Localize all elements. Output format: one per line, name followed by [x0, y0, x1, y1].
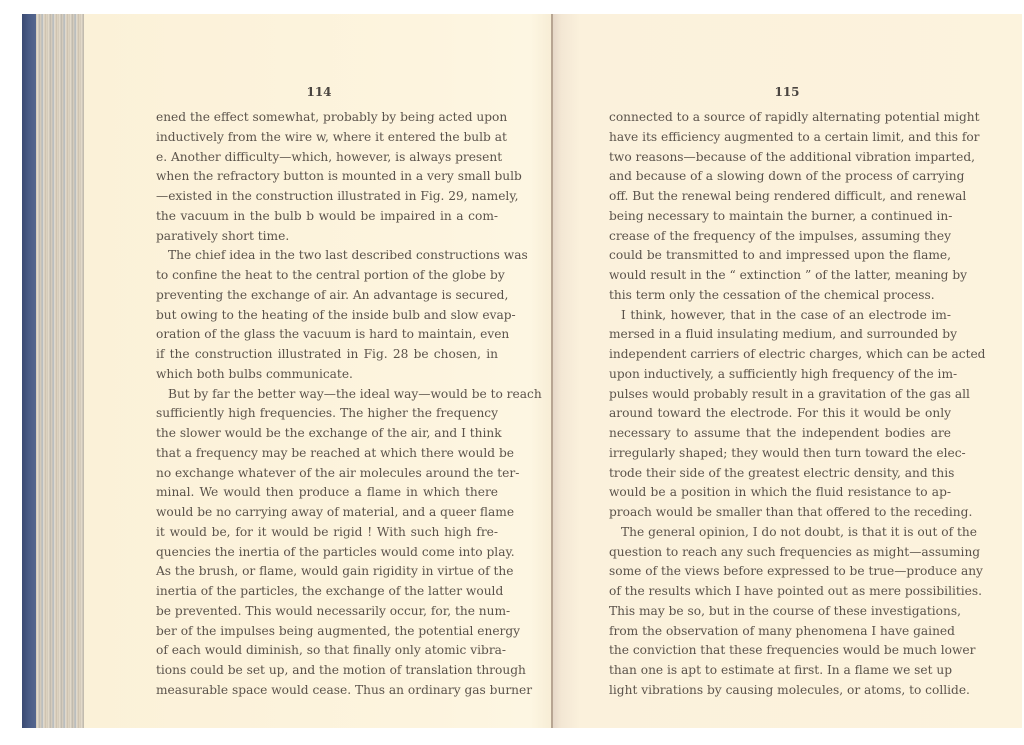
- text-line: would result in the “ extinction ” of th…: [609, 266, 951, 286]
- text-line: quencies the inertia of the particles wo…: [156, 543, 498, 563]
- text-line: light vibrations by causing molecules, o…: [609, 681, 951, 701]
- text-line: preventing the exchange of air. An advan…: [156, 286, 498, 306]
- text-line: connected to a source of rapidly alterna…: [609, 108, 951, 128]
- text-line: and because of a slowing down of the pro…: [609, 167, 951, 187]
- text-line: crease of the frequency of the impulses,…: [609, 227, 951, 247]
- text-line: independent carriers of electric charges…: [609, 345, 951, 365]
- text-line: the slower would be the exchange of the …: [156, 424, 498, 444]
- text-line: minal. We would then produce a flame in …: [156, 483, 498, 503]
- book-gutter: [551, 14, 553, 728]
- text-line: it would be, for it would be rigid ! Wit…: [156, 523, 498, 543]
- text-line: off. But the renewal being rendered diff…: [609, 187, 951, 207]
- text-line: to confine the heat to the central porti…: [156, 266, 498, 286]
- text-line: of each would diminish, so that finally …: [156, 641, 498, 661]
- text-line: the conviction that these frequencies wo…: [609, 641, 951, 661]
- open-book: 114 ened the effect somewhat, probably b…: [22, 14, 1022, 728]
- text-line: —existed in the construction illustrated…: [156, 187, 498, 207]
- page-edges: [36, 14, 84, 728]
- text-line: this term only the cessation of the chem…: [609, 286, 951, 306]
- text-line: I think, however, that in the case of an…: [609, 306, 951, 326]
- text-line: This may be so, but in the course of the…: [609, 602, 951, 622]
- text-line: irregularly shaped; they would then turn…: [609, 444, 951, 464]
- page-number-left: 114: [84, 85, 554, 99]
- text-line: if the construction illustrated in Fig. …: [156, 345, 498, 365]
- text-line: The general opinion, I do not doubt, is …: [609, 523, 951, 543]
- text-line: pulses would probably result in a gravit…: [609, 385, 951, 405]
- text-line: inertia of the particles, the exchange o…: [156, 582, 498, 602]
- text-line: of the results which I have pointed out …: [609, 582, 951, 602]
- text-line: oration of the glass the vacuum is hard …: [156, 325, 498, 345]
- text-line: than one is apt to estimate at first. In…: [609, 661, 951, 681]
- right-page: 115 connected to a source of rapidly alt…: [552, 14, 1022, 728]
- text-line: have its efficiency augmented to a certa…: [609, 128, 951, 148]
- left-page: 114 ened the effect somewhat, probably b…: [84, 14, 554, 728]
- text-line: would be a position in which the fluid r…: [609, 483, 951, 503]
- text-line: measurable space would cease. Thus an or…: [156, 681, 498, 701]
- text-line: being necessary to maintain the burner, …: [609, 207, 951, 227]
- text-line: The chief idea in the two last described…: [156, 246, 498, 266]
- text-line: when the refractory button is mounted in…: [156, 167, 498, 187]
- text-line: As the brush, or flame, would gain rigid…: [156, 562, 498, 582]
- text-line: mersed in a fluid insulating medium, and…: [609, 325, 951, 345]
- text-line: ber of the impulses being augmented, the…: [156, 622, 498, 642]
- text-line: some of the views before expressed to be…: [609, 562, 951, 582]
- text-line: but owing to the heating of the inside b…: [156, 306, 498, 326]
- text-line: ened the effect somewhat, probably by be…: [156, 108, 498, 128]
- book-binding: [22, 14, 36, 728]
- text-line: upon inductively, a sufficiently high fr…: [609, 365, 951, 385]
- text-line: inductively from the wire w, where it en…: [156, 128, 498, 148]
- text-line: around toward the electrode. For this it…: [609, 404, 951, 424]
- text-line: e. Another difficulty—which, however, is…: [156, 148, 498, 168]
- text-line: question to reach any such frequencies a…: [609, 543, 951, 563]
- text-line: proach would be smaller than that offere…: [609, 503, 951, 523]
- text-line: would be no carrying away of material, a…: [156, 503, 498, 523]
- text-line: be prevented. This would necessarily occ…: [156, 602, 498, 622]
- right-page-text: connected to a source of rapidly alterna…: [609, 108, 951, 701]
- text-line: tions could be set up, and the motion of…: [156, 661, 498, 681]
- text-line: the vacuum in the bulb b would be impair…: [156, 207, 498, 227]
- text-line: necessary to assume that the independent…: [609, 424, 951, 444]
- text-line: sufficiently high frequencies. The highe…: [156, 404, 498, 424]
- text-line: no exchange whatever of the air molecule…: [156, 464, 498, 484]
- text-line: from the observation of many phenomena I…: [609, 622, 951, 642]
- text-line: But by far the better way—the ideal way—…: [156, 385, 498, 405]
- text-line: trode their side of the greatest electri…: [609, 464, 951, 484]
- left-page-text: ened the effect somewhat, probably by be…: [156, 108, 498, 701]
- text-line: could be transmitted to and impressed up…: [609, 246, 951, 266]
- text-line: two reasons—because of the additional vi…: [609, 148, 951, 168]
- text-line: that a frequency may be reached at which…: [156, 444, 498, 464]
- text-line: which both bulbs communicate.: [156, 365, 498, 385]
- text-line: paratively short time.: [156, 227, 498, 247]
- page-number-right: 115: [552, 85, 1022, 99]
